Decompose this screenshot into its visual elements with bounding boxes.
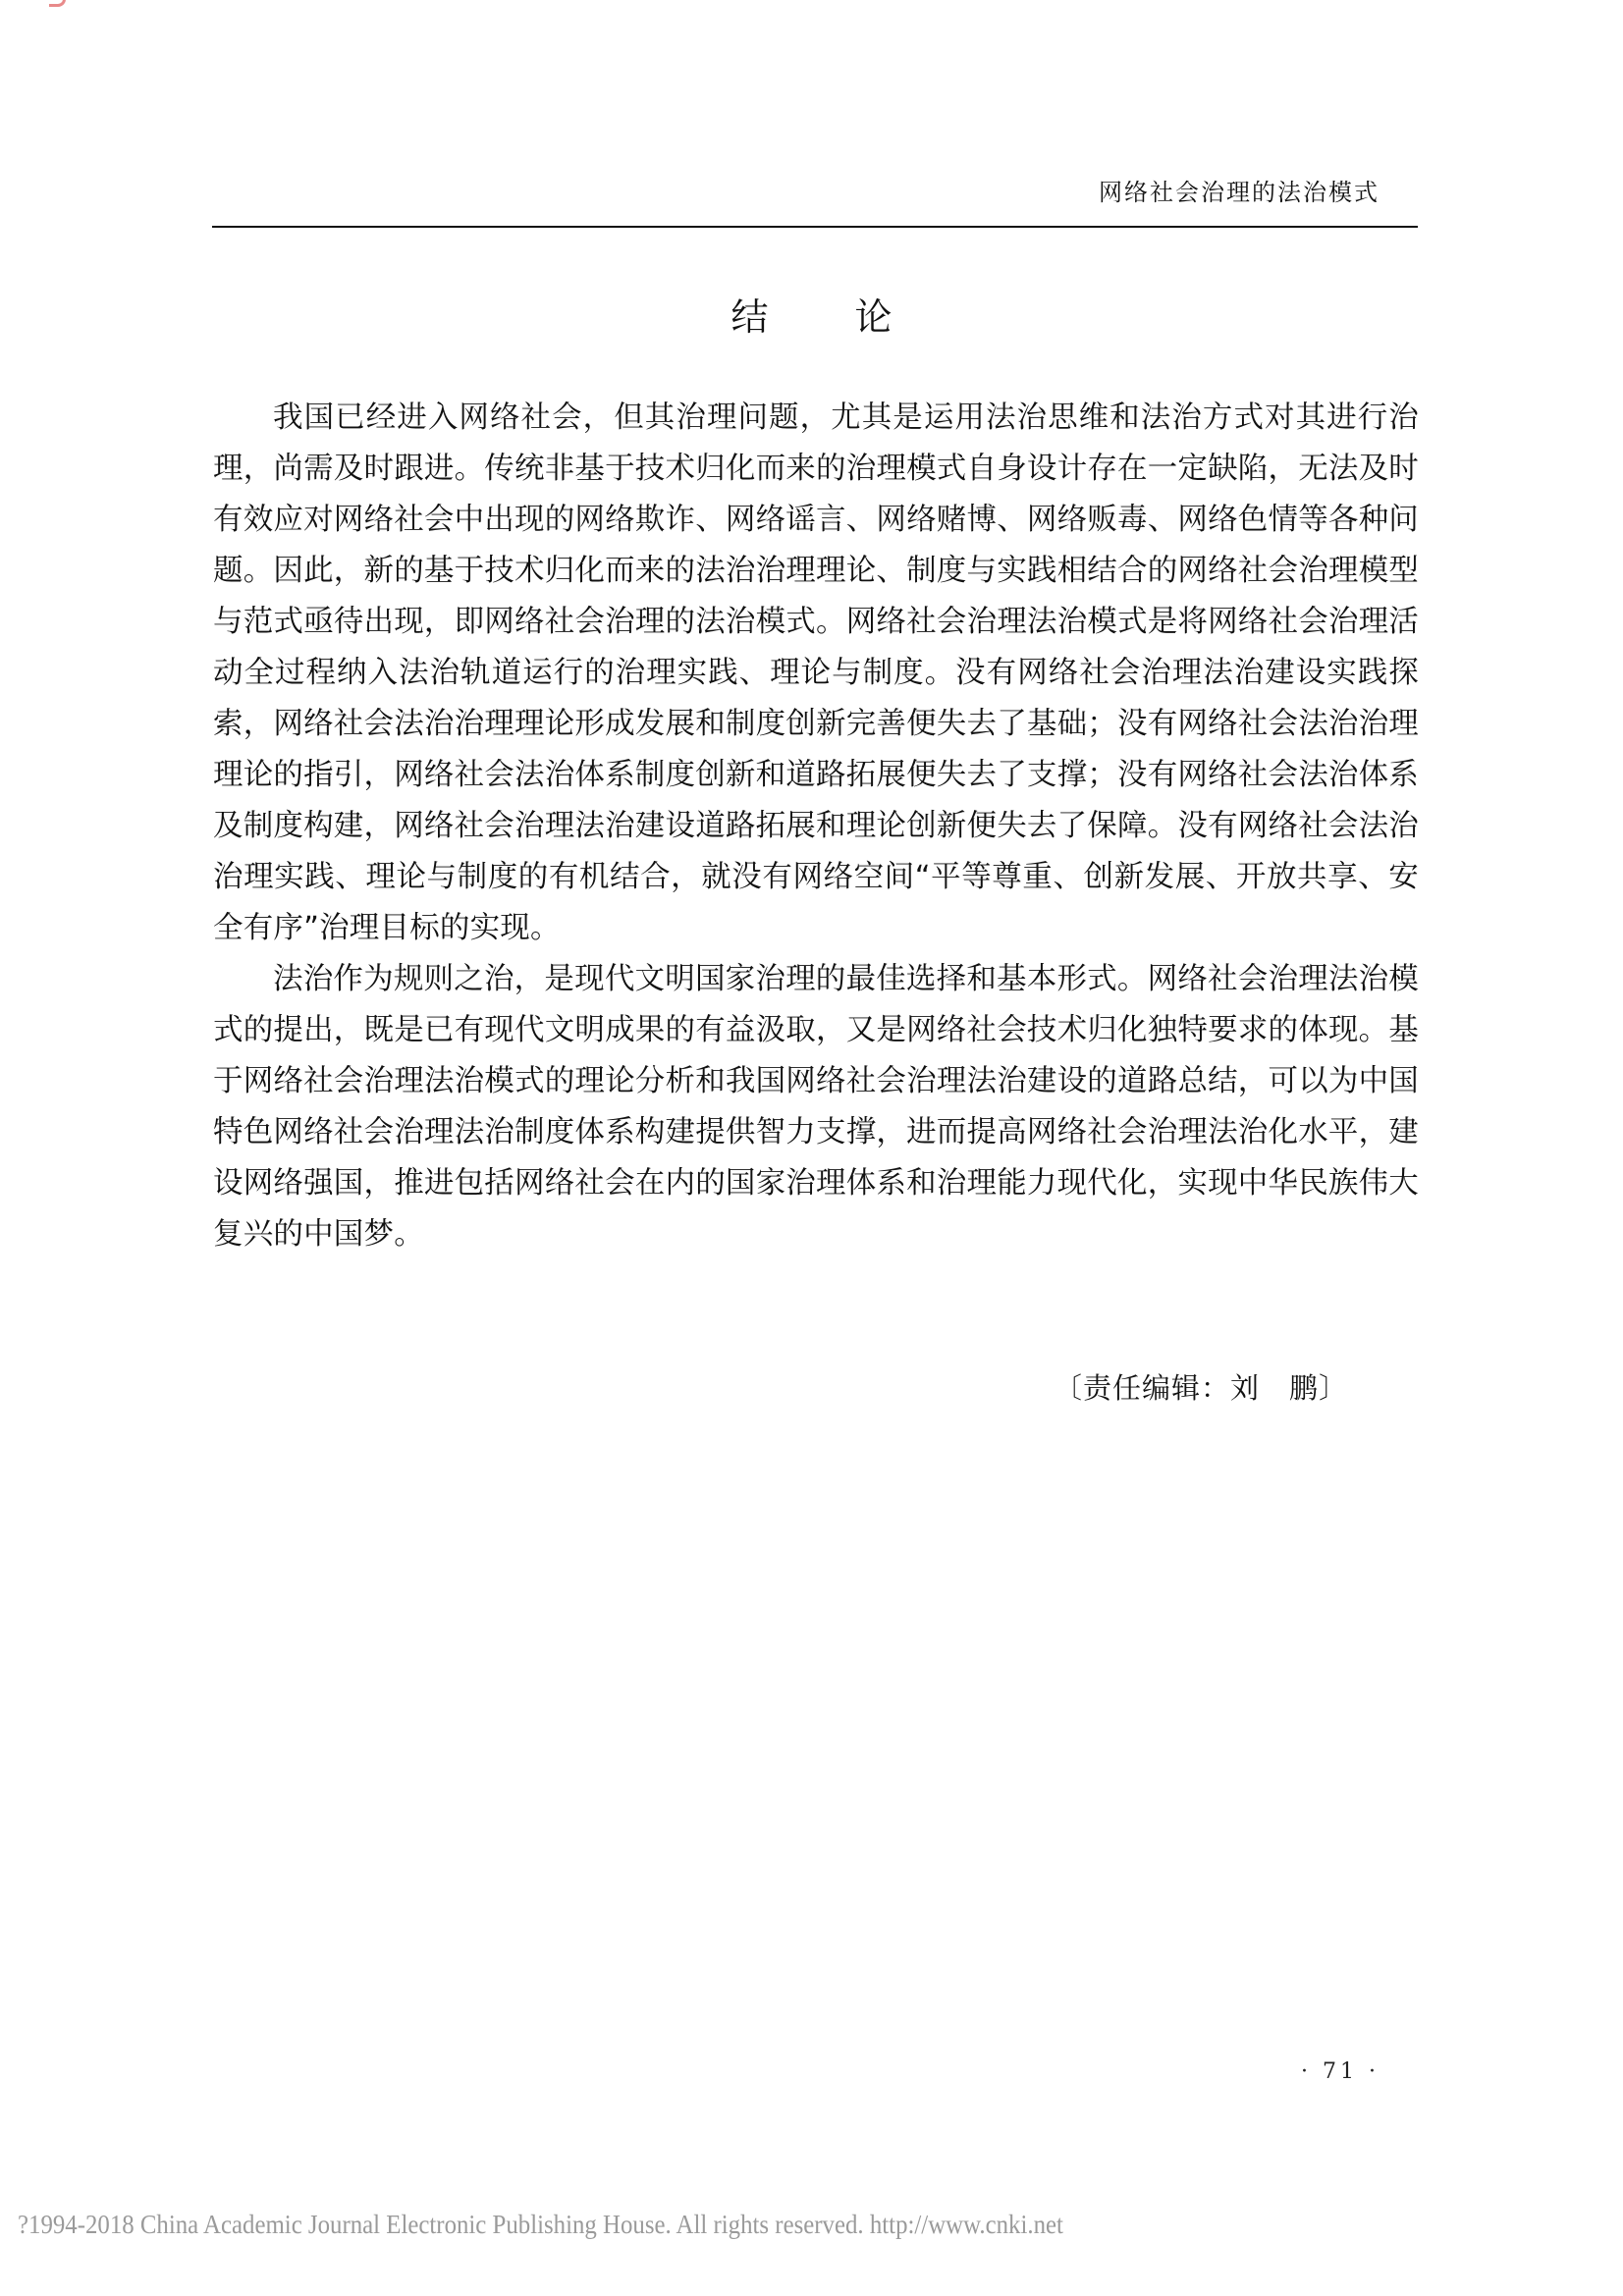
paragraph: 法治作为规则之治，是现代文明国家治理的最佳选择和基本形式。网络社会治理法治模式的…	[213, 954, 1419, 1260]
section-title-char: 结	[730, 287, 768, 341]
header-rule-divider	[212, 226, 1418, 228]
responsible-editor-note: 〔责任编辑：刘 鹏〕	[1054, 1366, 1348, 1407]
copyright-footer: ?1994-2018 China Academic Journal Electr…	[18, 2210, 1063, 2240]
scan-corner-mark	[49, 0, 66, 7]
section-title: 结论	[0, 287, 1623, 341]
body-text: 我国已经进入网络社会，但其治理问题，尤其是运用法治思维和法治方式对其进行治理，尚…	[213, 393, 1419, 1260]
page-number: · 71 ·	[1301, 2059, 1380, 2084]
running-header-title: 网络社会治理的法治模式	[1099, 173, 1380, 207]
section-title-char: 论	[855, 287, 893, 341]
paragraph: 我国已经进入网络社会，但其治理问题，尤其是运用法治思维和法治方式对其进行治理，尚…	[213, 393, 1419, 954]
